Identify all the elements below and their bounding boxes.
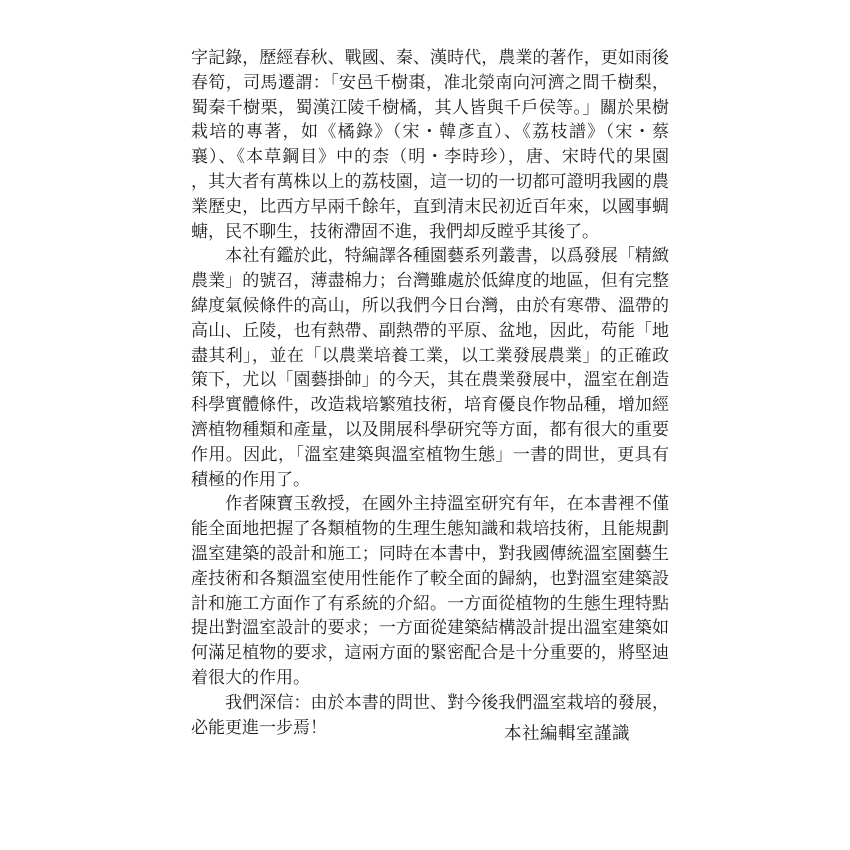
text-line: 字記錄，歷經春秋、戰國、秦、漢時代，農業的著作，更如雨後 [191,46,669,71]
text-line: 濟植物種類和產量，以及開展科學研究等方面，都有很大的重要 [191,418,669,443]
text-line: 栽培的專著，如《橘錄》（宋・韓彥直）、《荔枝譜》（宋・蔡 [191,120,669,145]
text-line: 作者陳寶玉敎授，在國外主持溫室研究有年，在本書裡不僅 [191,492,669,517]
text-line: 何滿足植物的要求，這兩方面的緊密配合是十分重要的，將堅迪 [191,641,669,666]
text-line: 蜀秦千樹栗，蜀漢江陵千樹橘，其人皆與千戶侯等。」關於果樹 [191,96,669,121]
text-line: 作用。因此，「溫室建築與溫室植物生態」一書的問世，更具有 [191,443,669,468]
text-line: 春筍，司馬遷謂：「安邑千樹棗，准北滎南向河濟之間千樹梨， [191,71,669,96]
text-line: 業歷史，比西方早兩千餘年，直到清末民初近百年來，以國事蜩 [191,195,669,220]
text-line: 積極的作用了。 [191,468,669,493]
text-line: 襄）、《本草鋼目》中的柰（明・李時珍），唐、宋時代的果園 [191,145,669,170]
text-line: 我們深信：由於本書的問世、對今後我們溫室栽培的發展， [191,691,669,716]
document-page: 字記錄，歷經春秋、戰國、秦、漢時代，農業的著作，更如雨後春筍，司馬遷謂：「安邑千… [0,0,850,850]
signature-text: 本社編輯室謹識 [504,723,630,743]
text-line: 緯度氣候條件的高山，所以我們今日台灣，由於有寒帶、溫帶的 [191,294,669,319]
text-line: 科學實體條件，改造栽培繁殖技術，培育優良作物品種，增加經 [191,393,669,418]
text-line: 提出對溫室設計的要求；一方面從建築結構設計提出溫室建築如 [191,616,669,641]
text-line: 農業」的號召，薄盡棉力；台灣雖處於低緯度的地區，但有完整 [191,269,669,294]
text-line: 盡其利」，並在「以農業培養工業，以工業發展農業」的正確政 [191,344,669,369]
signature-row: 本社編輯室謹識 [191,721,669,746]
text-line: 溫室建築的設計和施工；同時在本書中，對我國傳統溫室園藝生 [191,542,669,567]
text-line: 着很大的作用。 [191,666,669,691]
text-line: 產技術和各類溫室使用性能作了較全面的歸納，也對溫室建築設 [191,567,669,592]
text-line: 策下，尤以「園藝掛帥」的今天，其在農業發展中，溫室在創造 [191,368,669,393]
text-line: 螗，民不聊生，技術滯固不進，我們却反瞠乎其後了。 [191,220,669,245]
text-line: ，其大者有萬株以上的荔枝園，這一切的一切都可證明我國的農 [191,170,669,195]
text-line: 能全面地把握了各類植物的生理生態知識和栽培技術，且能規劃 [191,517,669,542]
text-line: 高山、丘陵，也有熱帶、副熱帶的平原、盆地，因此，苟能「地 [191,319,669,344]
preface-text-block: 字記錄，歷經春秋、戰國、秦、漢時代，農業的著作，更如雨後春筍，司馬遷謂：「安邑千… [191,46,669,740]
text-line: 本社有鑑於此，特編譯各種園藝系列叢書，以爲發展「精緻 [191,244,669,269]
text-line: 計和施工方面作了有系統的介紹。一方面從植物的生態生理特點 [191,592,669,617]
